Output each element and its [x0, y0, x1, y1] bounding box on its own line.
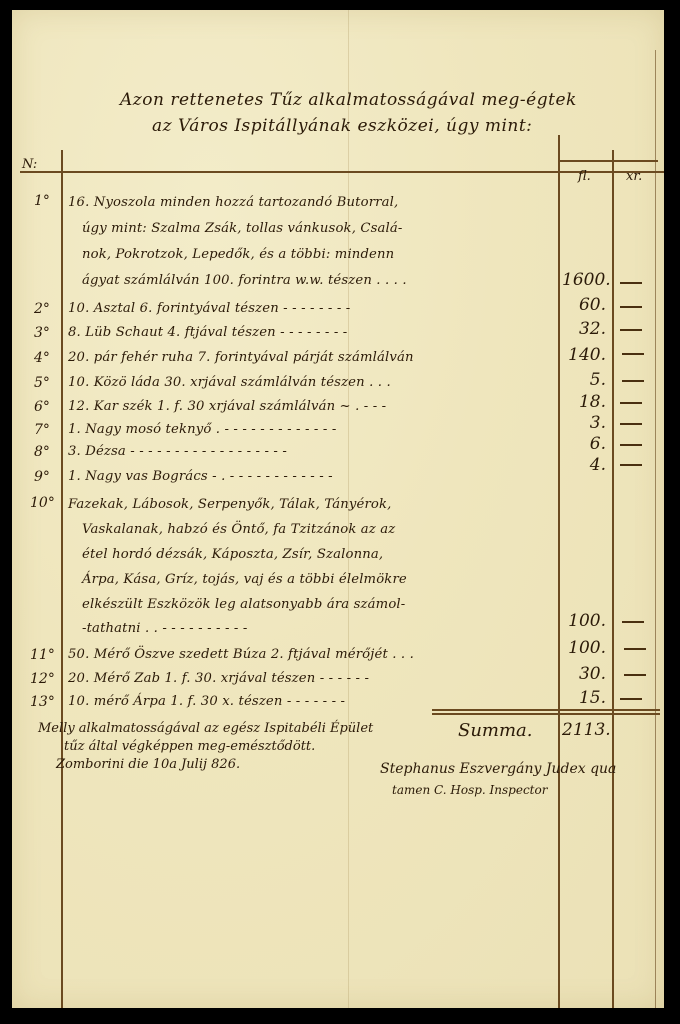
total-double-rule-top	[432, 709, 660, 711]
item-kreuzers-dash	[624, 648, 646, 650]
item-number: 5°	[34, 376, 50, 390]
footer-note-line: Zomborini die 10a Julij 826.	[56, 758, 240, 771]
item-kreuzers-dash	[624, 674, 646, 676]
footer-note-line: Melly alkalmatosságával az egész Ispitab…	[38, 722, 373, 735]
total-florins: 2113.	[562, 722, 606, 739]
item-number: 8°	[34, 445, 50, 459]
item-description-line: étel hordó dézsák, Káposzta, Zsír, Szalo…	[82, 548, 383, 561]
item-kreuzers-dash	[620, 698, 642, 700]
item-description-line: 10. mérő Árpa 1. f. 30 x. tészen - - - -…	[68, 695, 345, 708]
column-header-florins: fl.	[578, 170, 591, 183]
item-number: 6°	[34, 400, 50, 414]
item-kreuzers-dash	[620, 306, 642, 308]
document-title-line-1: Azon rettenetes Tűz alkalmatosságával me…	[120, 92, 577, 109]
item-description-line: 1. Nagy vas Bogrács - . - - - - - - - - …	[68, 470, 333, 483]
item-florins: 100.	[562, 640, 606, 657]
item-description-line: Fazekak, Lábosok, Serpenyők, Tálak, Tány…	[68, 498, 391, 511]
item-florins: 5.	[562, 372, 606, 389]
header-rule	[20, 171, 664, 173]
item-description-line: 50. Mérő Öszve szedett Búza 2. ftjával m…	[68, 648, 414, 661]
item-description-line: 8. Lüb Schaut 4. ftjával tészen - - - - …	[68, 326, 347, 339]
item-description-line: 20. pár fehér ruha 7. forintyával párját…	[68, 351, 414, 364]
item-florins: 4.	[562, 457, 606, 474]
item-florins: 18.	[562, 394, 606, 411]
signature-line: tamen C. Hosp. Inspector	[392, 784, 547, 796]
item-number: 3°	[34, 326, 50, 340]
item-florins: 1600.	[562, 272, 606, 289]
item-florins: 100.	[562, 613, 606, 630]
item-description-line: 20. Mérő Zab 1. f. 30. xrjával tészen - …	[68, 672, 369, 685]
total-label: Summa.	[458, 722, 533, 740]
item-description-line: 10. Közö láda 30. xrjával számlálván tés…	[68, 376, 391, 389]
document-title-line-2: az Város Ispitállyának eszközei, úgy min…	[152, 118, 532, 135]
item-number: 7°	[34, 423, 50, 437]
item-description-line: 10. Asztal 6. forintyával tészen - - - -…	[68, 302, 350, 315]
item-description-line: úgy mint: Szalma Zsák, tollas vánkusok, …	[82, 222, 403, 235]
manuscript-page: Azon rettenetes Tűz alkalmatosságával me…	[12, 10, 664, 1008]
item-florins: 30.	[562, 666, 606, 683]
item-florins: 3.	[562, 415, 606, 432]
item-kreuzers-dash	[622, 621, 644, 623]
item-description-line: ágyat számlálván 100. forintra w.w. tész…	[82, 274, 407, 287]
item-florins: 140.	[562, 347, 606, 364]
item-description-line: nok, Pokrotzok, Lepedők, és a többi: min…	[82, 248, 394, 261]
signature-line: Stephanus Eszvergány Judex qua	[380, 762, 616, 776]
item-kreuzers-dash	[620, 402, 642, 404]
item-kreuzers-dash	[620, 464, 642, 466]
item-florins: 60.	[562, 297, 606, 314]
footer-note-line: tűz által végképpen meg-emésztődött.	[64, 740, 315, 753]
item-kreuzers-dash	[620, 282, 642, 284]
item-florins: 32.	[562, 321, 606, 338]
item-description-line: 16. Nyoszola minden hozzá tartozandó But…	[68, 196, 398, 209]
item-description-line: 3. Dézsa - - - - - - - - - - - - - - - -…	[68, 445, 287, 458]
column-header-kreuzers: xr.	[626, 170, 642, 183]
item-kreuzers-dash	[620, 329, 642, 331]
column-header-number: N:	[22, 158, 37, 171]
item-kreuzers-dash	[622, 380, 644, 382]
item-kreuzers-dash	[620, 423, 642, 425]
total-double-rule-bottom	[432, 713, 660, 715]
item-number: 9°	[34, 470, 50, 484]
item-description-line: Árpa, Kása, Gríz, tojás, vaj és a többi …	[82, 573, 407, 586]
item-number: 2°	[34, 302, 50, 316]
left-margin-rule	[61, 150, 63, 1008]
right-edge-rule	[655, 50, 656, 1008]
item-number: 4°	[34, 351, 50, 365]
item-number: 1°	[34, 194, 50, 208]
item-number: 12°	[30, 672, 55, 686]
item-number: 11°	[30, 648, 55, 662]
florin-column-left-rule	[558, 135, 560, 1008]
item-description-line: 12. Kar szék 1. f. 30 xrjával számlálván…	[68, 400, 386, 413]
item-description-line: elkészült Eszközök leg alatsonyabb ára s…	[82, 598, 405, 611]
item-number: 10°	[30, 496, 55, 510]
item-description-line: -tathatni . . - - - - - - - - - -	[82, 622, 247, 635]
item-description-line: Vaskalanak, habzó és Öntő, fa Tzitzánok …	[82, 523, 395, 536]
florin-column-right-rule	[612, 150, 614, 1008]
item-florins: 15.	[562, 690, 606, 707]
item-kreuzers-dash	[622, 353, 644, 355]
item-florins: 6.	[562, 436, 606, 453]
item-description-line: 1. Nagy mosó teknyő . - - - - - - - - - …	[68, 423, 336, 436]
item-number: 13°	[30, 695, 55, 709]
header-top-rule-amounts	[558, 160, 658, 162]
item-kreuzers-dash	[620, 444, 642, 446]
